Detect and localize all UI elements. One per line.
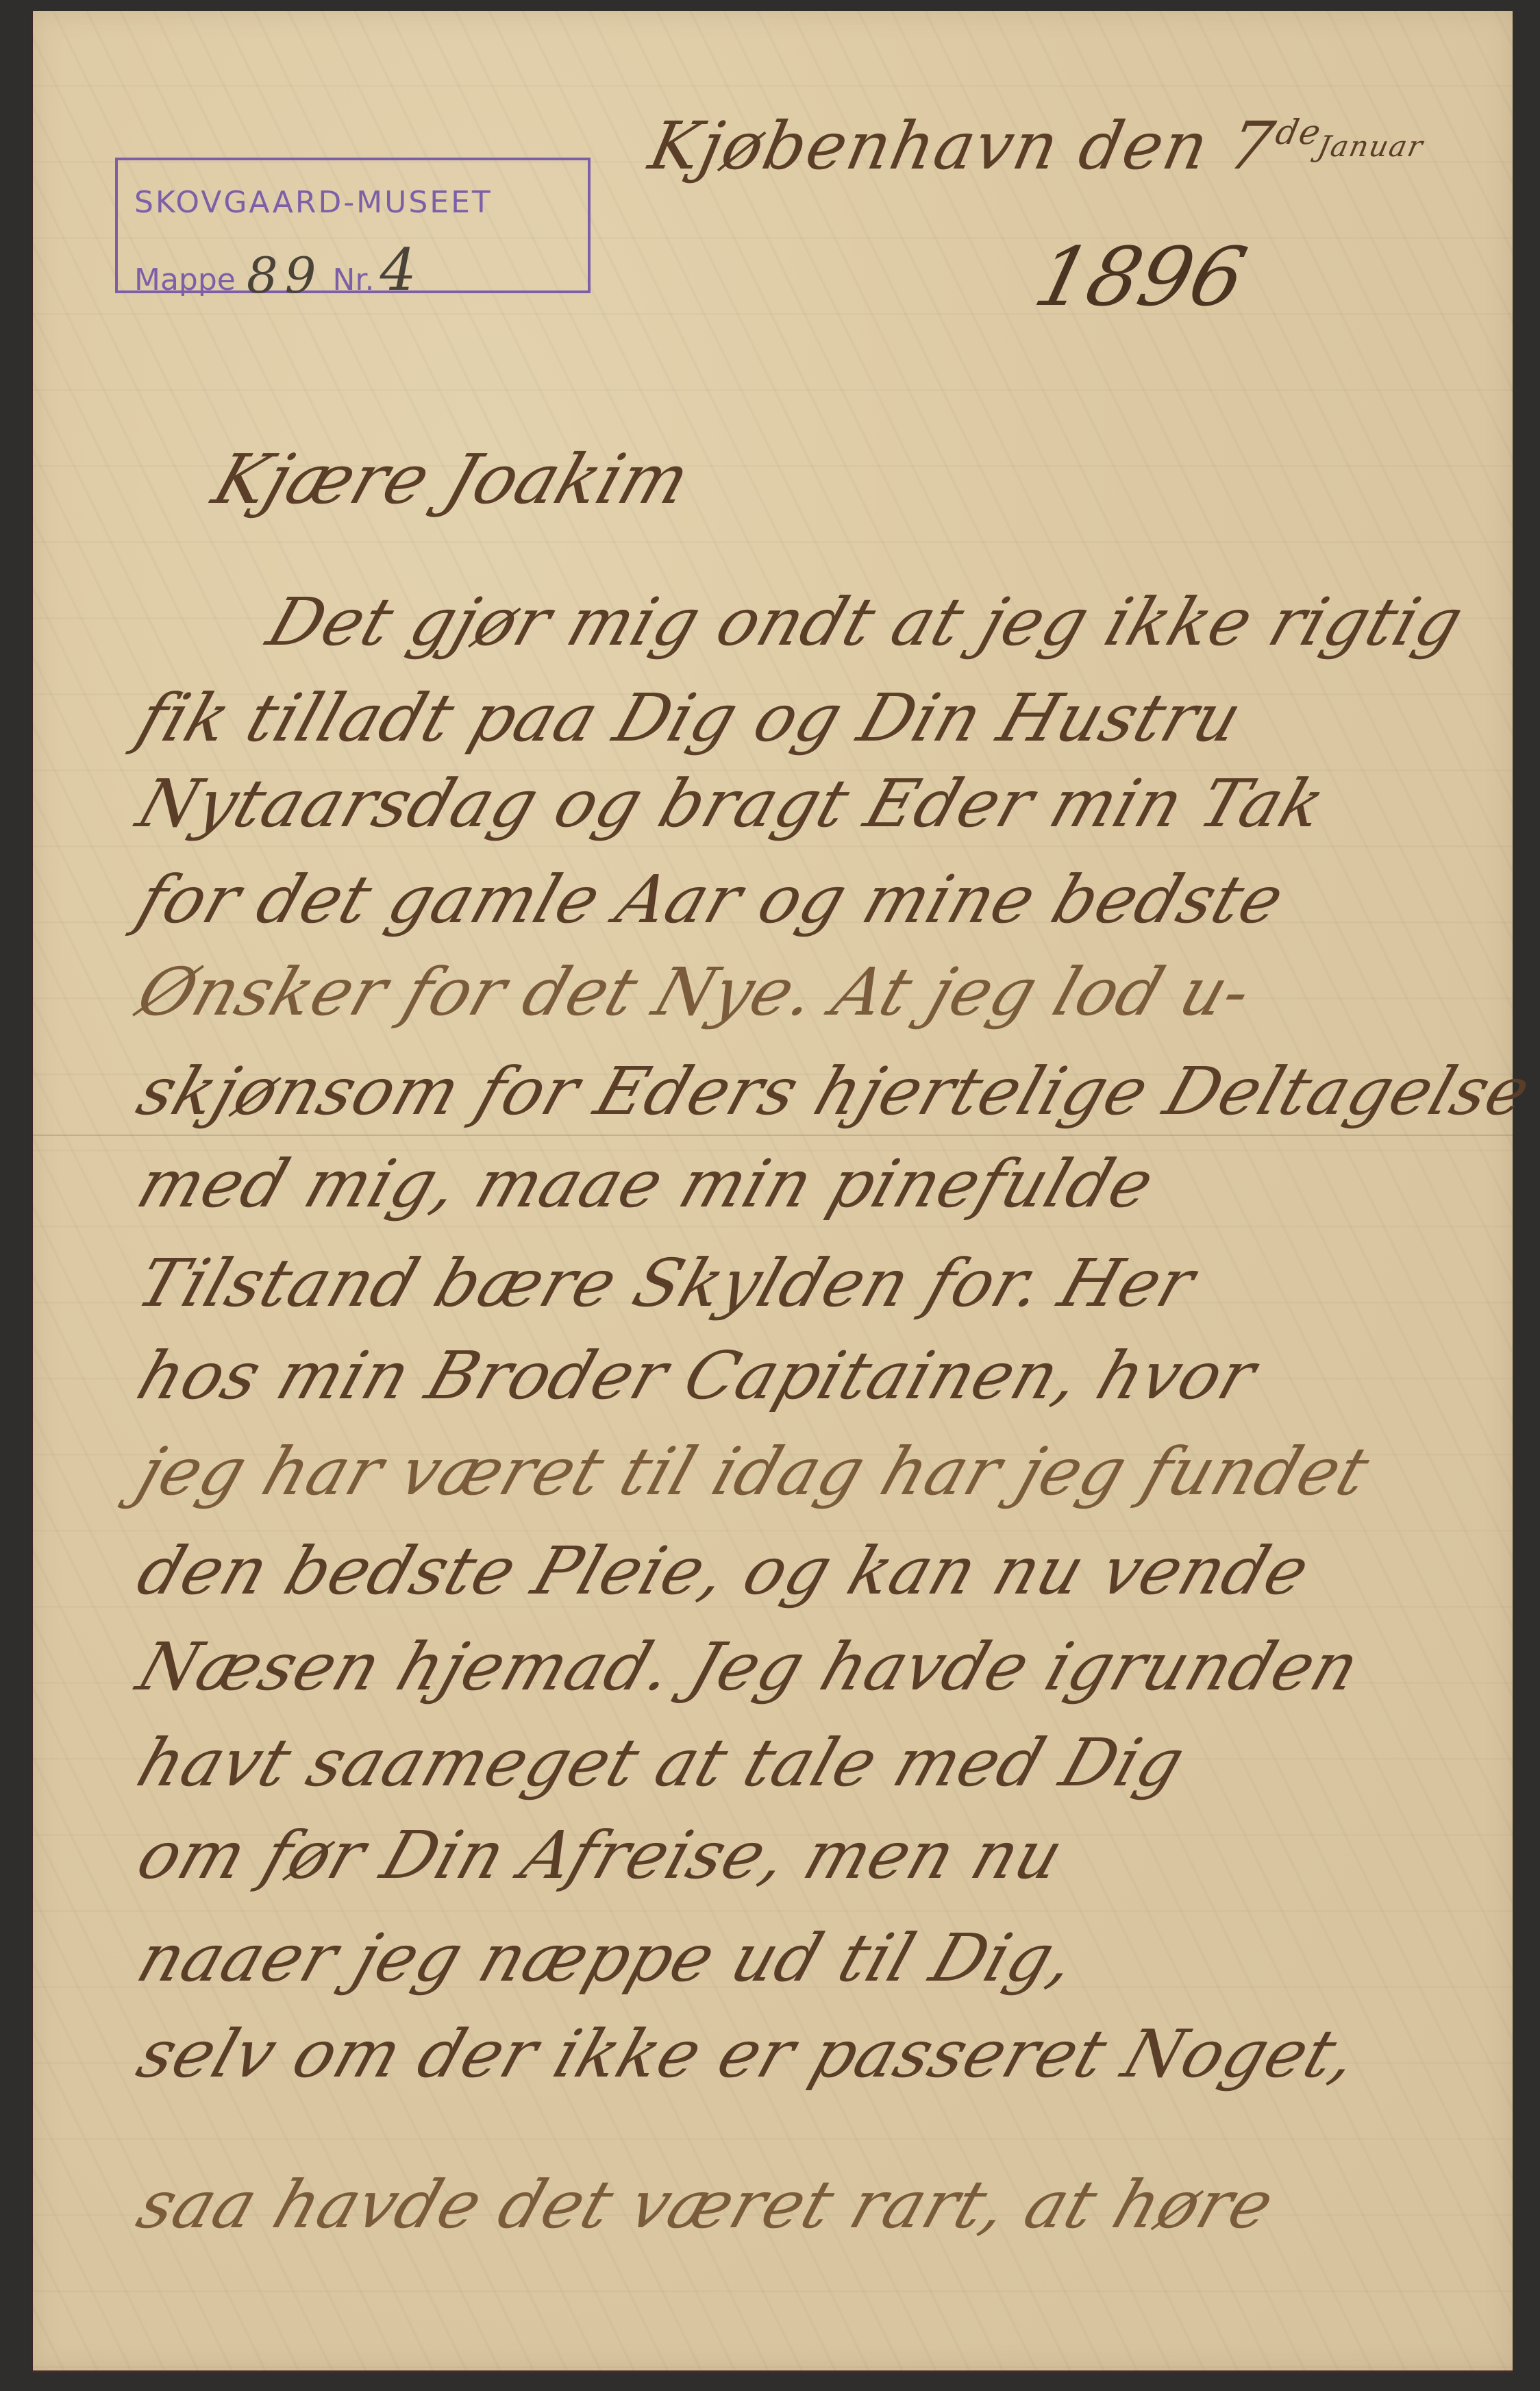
fold-crease <box>33 1135 1513 1136</box>
letter-place-date: Kjøbenhavn den 7deJanuar <box>644 113 1430 179</box>
letter-line: jeg har været til idag har jeg fundet <box>130 1439 1377 1504</box>
letter-line: skjønsom for Eders hjertelige Deltagelse <box>130 1058 1539 1124</box>
letter-line: Ønsker for det Nye. At jeg lod u- <box>130 959 1260 1025</box>
letter-line: naaer jeg næppe ud til Dig, <box>130 1925 1084 1991</box>
letter-salutation: Kjære Joakim <box>206 445 697 514</box>
museum-stamp: SKOVGAARD-MUSEET Mappe89Nr.4 <box>115 158 591 293</box>
scan-background: SKOVGAARD-MUSEET Mappe89Nr.4 Kjøbenhavn … <box>0 0 1540 2391</box>
letter-line: hos min Broder Capitainen, hvor <box>130 1343 1264 1409</box>
letter-line: Nytaarsdag og bragt Eder min Tak <box>130 771 1333 837</box>
stamp-folder-number: 89 <box>247 247 323 304</box>
letter-line: fik tilladt paa Dig og Din Hustru <box>130 685 1250 751</box>
stamp-item-number: 4 <box>380 236 423 303</box>
stamp-item-label: Nr. <box>332 262 374 297</box>
date-month: Januar <box>1315 129 1427 163</box>
letter-line: om før Din Afreise, men nu <box>130 1822 1071 1888</box>
letter-line: Tilstand bære Skylden for. Her <box>130 1250 1203 1316</box>
letter-line: havt saameget at tale med Dig <box>130 1730 1193 1796</box>
stamp-folder-label: Mappe <box>134 262 236 297</box>
letter-line: saa havde det været rart, at høre <box>130 2172 1282 2238</box>
letter-line: selv om der ikke er passeret Noget, <box>130 2021 1366 2087</box>
place-date-text: Kjøbenhavn den 7 <box>643 108 1282 184</box>
stamp-folder-row: Mappe89Nr.4 <box>134 241 433 299</box>
letter-line: Det gjør mig ondt at jeg ikke rigtig <box>260 589 1471 655</box>
letter-line: for det gamle Aar og mine bedste <box>130 867 1292 932</box>
letter-year: 1896 <box>1028 236 1254 317</box>
letter-line: med mig, maae min pinefulde <box>130 1151 1162 1217</box>
stamp-institution: SKOVGAARD-MUSEET <box>134 188 493 218</box>
letter-line: den bedste Pleie, og kan nu vende <box>130 1538 1317 1604</box>
letter-line: Næsen hjemad. Jeg havde igrunden <box>130 1634 1367 1700</box>
